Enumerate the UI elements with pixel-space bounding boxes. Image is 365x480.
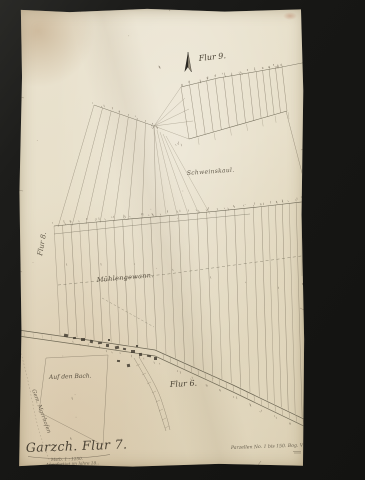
label-flur-8: Flur 8. — [36, 231, 48, 257]
label-flur-6: Flur 6. — [169, 379, 198, 389]
parcel-note: Parzellen No. 1 bis 150. Bog. VII. 22. — [230, 442, 305, 451]
map-labels: Flur 9. Schweinskaul. Mühlengewann. Flur… — [30, 51, 235, 434]
map-made-note: Angefertigt im Jahre 18.. — [45, 460, 99, 467]
label-flur-9: Flur 9. — [197, 51, 226, 63]
map-sheet: Flur 9. Schweinskaul. Mühlengewann. Flur… — [18, 8, 305, 468]
parcel-strips-left-band — [58, 102, 156, 227]
paper-edge-marks — [18, 8, 305, 465]
photo-background: Flur 9. Schweinskaul. Mühlengewann. Flur… — [0, 0, 365, 480]
map-drawing: Flur 9. Schweinskaul. Mühlengewann. Flur… — [18, 8, 305, 468]
north-arrow-icon — [185, 52, 192, 72]
title-block: Garzch. Flur 7. Mstb. 1 : 1250. Angefert… — [26, 436, 128, 467]
label-auf-den-bach: Auf den Bach. — [48, 373, 92, 382]
label-muehlengewann: Mühlengewann. — [95, 271, 153, 284]
label-schweinskaul: Schweinskaul. — [187, 167, 235, 177]
parcel-note-underline — [293, 452, 301, 454]
parcel-note-block: Parzellen No. 1 bis 150. Bog. VII. 22. — [230, 442, 305, 453]
parcel-strips-top-band — [159, 61, 305, 201]
map-title: Garzch. Flur 7. — [26, 436, 128, 455]
corner-stain — [283, 12, 297, 20]
